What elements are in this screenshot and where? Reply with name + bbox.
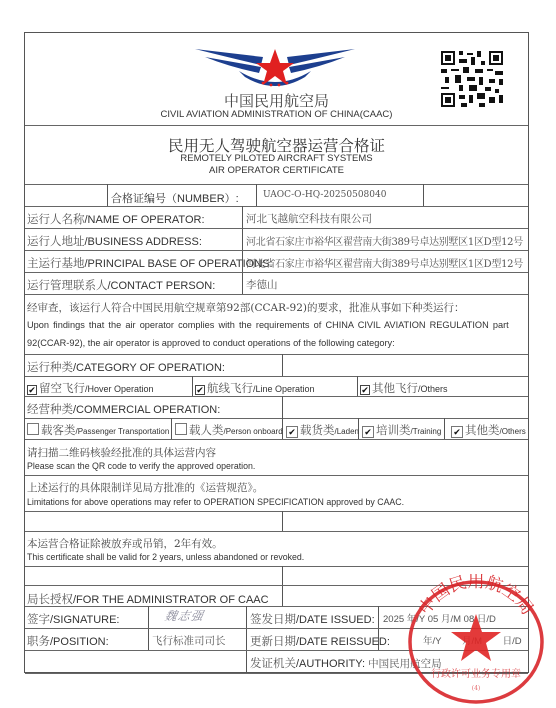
caac-logo-icon bbox=[195, 43, 355, 93]
divider bbox=[282, 511, 283, 531]
signature-label: 签字/SIGNATURE: bbox=[27, 611, 119, 627]
commercial-label: 经营种类/COMMERCIAL OPERATION: bbox=[27, 401, 220, 417]
date-issued-label: 签发日期/DATE ISSUED: bbox=[250, 611, 375, 627]
certificate-title-en-2: AIR OPERATOR CERTIFICATE bbox=[25, 165, 528, 176]
commercial-option-passenger[interactable]: 载客类/Passenger Transportation bbox=[27, 422, 169, 438]
checkbox[interactable]: ✔ bbox=[451, 426, 463, 438]
findings-en-1: Upon findings that the air operator comp… bbox=[27, 320, 509, 330]
svg-text:中国民用航空局: 中国民用航空局 bbox=[415, 574, 537, 619]
qr-code-icon[interactable] bbox=[441, 51, 503, 107]
divider bbox=[25, 439, 528, 440]
divider bbox=[282, 396, 283, 418]
divider bbox=[25, 206, 528, 207]
signature-value: 魏志强 bbox=[163, 607, 206, 624]
commercial-option-training[interactable]: ✔培训类/Training bbox=[362, 422, 441, 438]
divider bbox=[282, 354, 283, 376]
divider bbox=[25, 566, 528, 567]
operator-name-label: 运行人名称/NAME OF OPERATOR: bbox=[27, 211, 205, 227]
divider bbox=[357, 376, 358, 396]
divider bbox=[25, 184, 528, 185]
divider bbox=[25, 418, 528, 419]
divider bbox=[25, 396, 528, 397]
contact-person-label: 运行管理联系人/CONTACT PERSON: bbox=[27, 277, 215, 293]
seal-top-text: 中国民用航空局 bbox=[415, 574, 537, 619]
divider bbox=[25, 125, 528, 126]
divider bbox=[25, 531, 528, 532]
category-option-line[interactable]: ✔航线飞行/Line Operation bbox=[195, 380, 315, 396]
seal-number: (4) bbox=[472, 685, 481, 692]
administrator-label: 局长授权/FOR THE ADMINISTRATOR OF CAAC bbox=[27, 591, 269, 607]
validity-en: This certificate shall be valid for 2 ye… bbox=[27, 552, 304, 562]
divider bbox=[25, 511, 528, 512]
principal-base-label: 主运行基地/PRINCIPAL BASE OF OPERATIONS: bbox=[27, 255, 273, 271]
divider bbox=[25, 354, 528, 355]
checkbox[interactable]: ✔ bbox=[27, 385, 37, 395]
operator-name-value: 河北飞越航空科技有限公司 bbox=[246, 211, 372, 226]
business-address-value: 河北省石家庄市裕华区翟营南大街389号卓达别墅区1区D型12号 bbox=[246, 233, 523, 248]
position-value: 飞行标准司司长 bbox=[152, 633, 226, 648]
checkbox[interactable] bbox=[175, 423, 187, 435]
divider bbox=[423, 184, 424, 206]
divider bbox=[25, 272, 528, 273]
divider bbox=[25, 475, 528, 476]
divider bbox=[171, 418, 172, 439]
divider bbox=[192, 376, 193, 396]
findings-en-2: 92(CCAR-92), the air operator is approve… bbox=[27, 338, 395, 348]
seal-bottom-text: 行政许可业务专用章 bbox=[431, 667, 521, 680]
limitations-zh: 上述运行的具体限制详见局方批准的《运营规范》。 bbox=[27, 480, 263, 495]
category-option-hover[interactable]: ✔留空飞行/Hover Operation bbox=[27, 380, 154, 396]
checkbox[interactable]: ✔ bbox=[360, 385, 370, 395]
checkbox[interactable]: ✔ bbox=[195, 385, 205, 395]
certificate-title-en-1: REMOTELY PILOTED AIRCRAFT SYSTEMS bbox=[25, 153, 528, 164]
checkbox[interactable] bbox=[27, 423, 39, 435]
divider bbox=[25, 250, 528, 251]
principal-base-value: 河北省石家庄市裕华区翟营南大街389号卓达别墅区1区D型12号 bbox=[246, 255, 523, 270]
position-label: 职务/POSITION: bbox=[27, 633, 109, 649]
org-name-en: CIVIL AVIATION ADMINISTRATION OF CHINA(C… bbox=[25, 109, 528, 120]
commercial-option-laden[interactable]: ✔载货类/Laden bbox=[286, 422, 359, 438]
validity-zh: 本运营合格证除被放弃或吊销，2年有效。 bbox=[27, 536, 223, 551]
qr-note-en: Please scan the QR code to verify the ap… bbox=[27, 461, 255, 471]
certificate-number-value: UAOC-O-HQ-20250508040 bbox=[263, 190, 386, 200]
commercial-option-others[interactable]: ✔其他类/Others bbox=[451, 422, 526, 438]
business-address-label: 运行人地址/BUSINESS ADDRESS: bbox=[27, 233, 202, 249]
divider bbox=[246, 606, 247, 673]
official-seal-icon: 中国民用航空局 行政许可业务专用章 (4) bbox=[401, 574, 551, 704]
divider bbox=[282, 566, 283, 606]
commercial-option-person-onboard[interactable]: 载人类/Person onboard bbox=[175, 422, 283, 438]
divider bbox=[107, 184, 108, 206]
category-label: 运行种类/CATEGORY OF OPERATION: bbox=[27, 359, 225, 375]
findings-zh: 经审查，该运行人符合中国民用航空规章第92部(CCAR-92)的要求，批准从事如… bbox=[27, 300, 465, 315]
contact-person-value: 李德山 bbox=[246, 277, 278, 292]
qr-note-zh: 请扫描二维码核验经批准的具体运营内容 bbox=[27, 445, 216, 460]
divider bbox=[25, 228, 528, 229]
date-reissued-label: 更新日期/DATE REISSUED: bbox=[250, 633, 390, 649]
divider bbox=[25, 294, 528, 295]
certificate-number-label: 合格证编号（NUMBER）: bbox=[111, 190, 239, 206]
divider bbox=[444, 418, 445, 439]
checkbox[interactable]: ✔ bbox=[362, 426, 374, 438]
checkbox[interactable]: ✔ bbox=[286, 426, 298, 438]
category-option-others[interactable]: ✔其他飞行/Others bbox=[360, 380, 448, 396]
limitations-en: Limitations for above operations may ref… bbox=[27, 497, 404, 507]
divider bbox=[256, 184, 257, 206]
divider bbox=[25, 376, 528, 377]
